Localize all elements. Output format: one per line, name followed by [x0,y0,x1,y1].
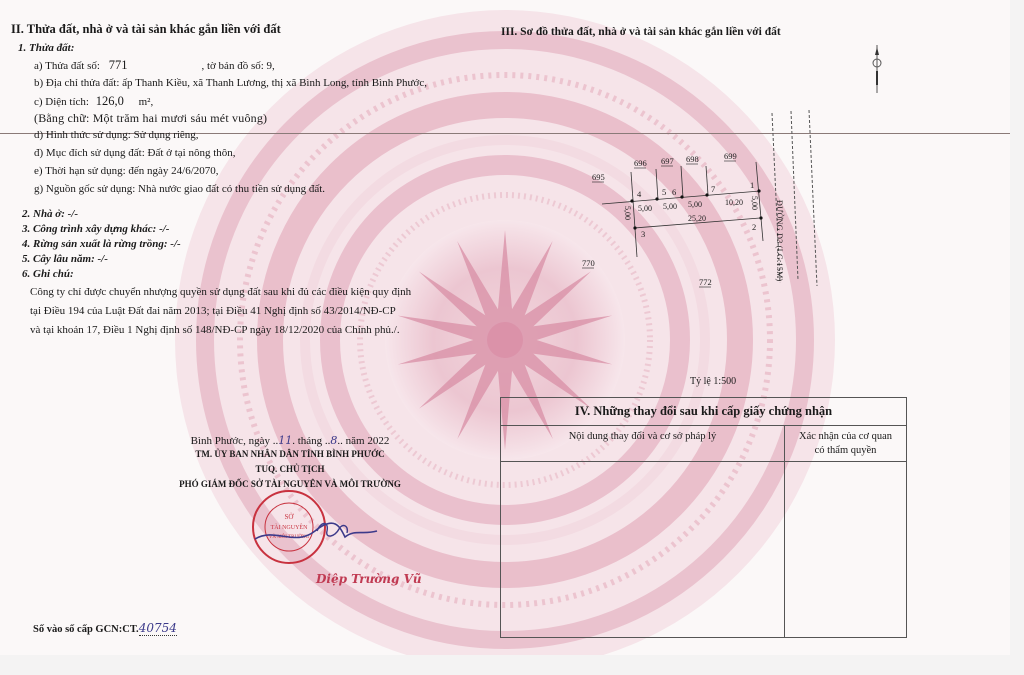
area-in-words: (Bằng chữ: Một trăm hai mươi sáu mét vuô… [34,111,267,126]
map-sheet: , tờ bản đồ số: 9, [201,60,274,72]
usage-form: d) Hình thức sử dụng: Sử dụng riêng, [34,129,199,141]
parcel-number-label: a) Thửa đất số: [34,60,100,72]
signature-block: Bình Phước, ngày ..11. tháng ..8.. năm 2… [165,434,415,492]
svg-text:2: 2 [752,222,756,232]
map-scale: Tỷ lệ 1:500 [690,376,736,387]
planted-forest-item: 4. Rừng sản xuất là rừng trồng: -/- [22,238,181,250]
issuer-line-1: TM. ỦY BAN NHÂN DÂN TỈNH BÌNH PHƯỚC [165,447,415,462]
neighbor-parcel-698: 698 [686,154,699,164]
neighbor-parcel-772: 772 [699,277,712,287]
registry-label: Số vào số cấp GCN:CT. [33,624,139,635]
section-iv-title: IV. Những thay đổi sau khi cấp giấy chứn… [501,398,907,426]
parcel-number-row: a) Thửa đất số: 771 , tờ bản đồ số: 9, [34,58,275,73]
note-line: Công ty chỉ được chuyển nhượng quyền sử … [30,283,411,302]
section-ii-title: II. Thửa đất, nhà ở và tài sản khác gắn … [11,22,281,37]
svg-text:25,20: 25,20 [688,214,706,223]
svg-text:5,00: 5,00 [750,196,759,210]
registry-row: Số vào số cấp GCN:CT.40754 [33,619,177,637]
issue-date: Bình Phước, ngày ..11. tháng ..8.. năm 2… [165,434,415,447]
svg-text:5: 5 [662,187,666,197]
parcel-address: b) Địa chỉ thửa đất: ấp Thanh Kiều, xã T… [34,77,427,89]
perennial-trees-item: 5. Cây lâu năm: -/- [22,253,108,265]
notes-heading: 6. Ghi chú: [22,268,74,280]
usage-purpose: đ) Mục đích sử dụng đất: Đất ở tại nông … [34,147,236,159]
house-item: 2. Nhà ở: -/- [22,208,78,220]
issuer-line-2: TUQ. CHỦ TỊCH [165,462,415,477]
certificate-page: II. Thửa đất, nhà ở và tài sản khác gắn … [0,0,1010,655]
area-row: c) Diện tích: 126,0 m², [34,94,153,109]
neighbor-parcel-696: 696 [634,158,647,168]
land-parcel-heading: 1. Thửa đất: [18,42,74,54]
col-content-header: Nội dung thay đổi và cơ sở pháp lý [501,426,785,462]
svg-text:5,00: 5,00 [688,200,702,209]
svg-text:5,00: 5,00 [623,206,632,220]
signer-name: Diệp Trường Vũ [316,572,422,586]
neighbor-parcel-697: 697 [661,156,674,166]
changes-table: IV. Những thay đổi sau khi cấp giấy chứn… [500,397,907,638]
svg-text:6: 6 [672,187,676,197]
usage-term: e) Thời hạn sử dụng: đến ngày 24/6/2070, [34,165,219,177]
issue-day: 11 [278,434,292,447]
other-construction-item: 3. Công trình xây dựng khác: -/- [22,223,169,235]
changes-content-cell [501,462,785,638]
svg-text:3: 3 [641,229,645,239]
neighbor-parcel-699: 699 [724,151,737,161]
svg-text:4: 4 [637,189,642,199]
area-unit: m², [139,96,154,108]
parcel-diagram: 695 696 697 698 699 770 772 1 2 3 4 5 6 … [570,140,830,300]
changes-confirmation-cell [785,462,907,638]
svg-text:1: 1 [750,180,754,190]
area-label: c) Diện tích: [34,96,89,108]
note-line: và tại khoản 17, Điều 1 Nghị định số 148… [30,321,411,340]
registry-number: 40754 [139,621,177,636]
note-line: tại Điều 194 của Luật Đất đai năm 2013; … [30,302,411,321]
col-confirmation-header: Xác nhận của cơ quan có thẩm quyền [785,426,907,462]
svg-text:10,20: 10,20 [725,198,743,207]
svg-text:5,00: 5,00 [638,204,652,213]
svg-text:SỞ: SỞ [285,513,295,521]
neighbor-parcel-770: 770 [582,258,595,268]
parcel-number: 771 [109,58,199,73]
official-stamp-icon: SỞ TÀI NGUYÊN VÀ MÔI TRƯỜNG [245,487,385,567]
section-iii-title: III. Sơ đồ thửa đất, nhà ở và tài sản kh… [501,26,781,38]
area-value: 126,0 [96,94,124,108]
notes-block: Công ty chỉ được chuyển nhượng quyền sử … [30,283,411,340]
svg-text:5,00: 5,00 [663,202,677,211]
neighbor-parcel-695: 695 [592,172,605,182]
land-origin: g) Nguồn gốc sử dụng: Nhà nước giao đất … [34,183,325,195]
compass-north-icon [870,45,884,95]
svg-text:7: 7 [711,184,715,194]
svg-text:TÀI NGUYÊN: TÀI NGUYÊN [271,523,308,531]
